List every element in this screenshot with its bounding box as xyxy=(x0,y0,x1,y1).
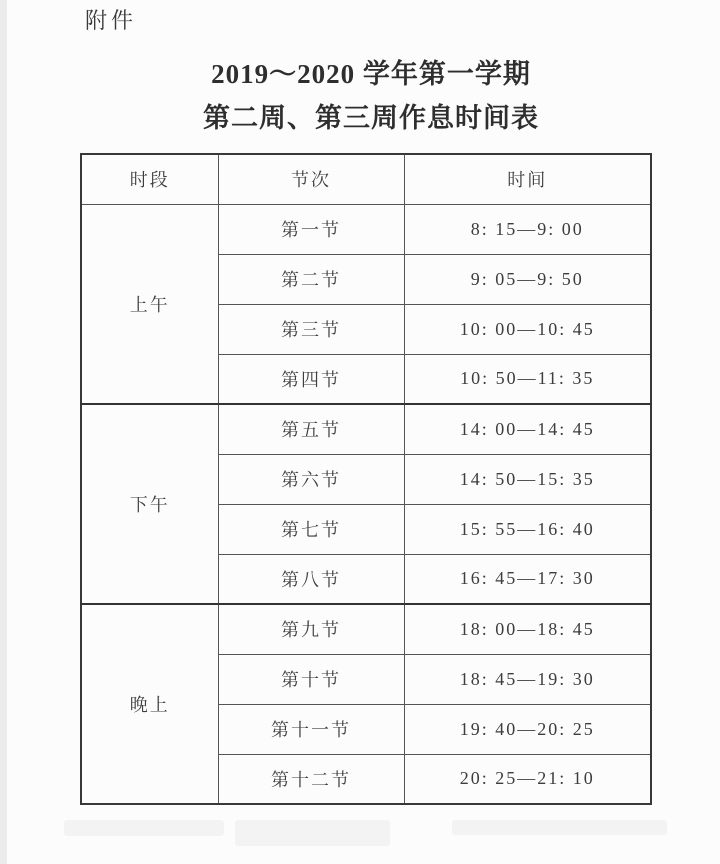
lesson-cell: 第三节 xyxy=(218,304,404,354)
time-cell: 10: 00—10: 45 xyxy=(404,304,651,354)
section-evening: 晚上 第九节 18: 00—18: 45 第十节 18: 45—19: 30 第… xyxy=(81,604,651,804)
header-row: 时段 节次 时间 xyxy=(81,154,651,204)
time-cell: 8: 15—9: 00 xyxy=(404,204,651,254)
photo-edge-shading xyxy=(0,0,7,864)
time-cell: 15: 55—16: 40 xyxy=(404,504,651,554)
attachment-label: 附件 xyxy=(85,4,137,35)
photo-smudge xyxy=(64,820,224,836)
time-cell: 18: 00—18: 45 xyxy=(404,604,651,654)
title-line-1: 2019～2020 学年第一学期 xyxy=(11,52,720,96)
title-line-2: 第二周、第三周作息时间表 xyxy=(11,96,720,140)
header-cell-time: 时间 xyxy=(404,154,651,204)
schedule-table: 时段 节次 时间 上午 第一节 8: 15—9: 00 第二节 9: 05—9:… xyxy=(80,153,652,805)
lesson-cell: 第八节 xyxy=(218,554,404,604)
header-cell-lesson: 节次 xyxy=(218,154,404,204)
time-cell: 14: 00—14: 45 xyxy=(404,404,651,454)
lesson-cell: 第十二节 xyxy=(218,754,404,804)
table-row: 上午 第一节 8: 15—9: 00 xyxy=(81,204,651,254)
lesson-cell: 第六节 xyxy=(218,454,404,504)
document-page: 附件 2019～2020 学年第一学期 第二周、第三周作息时间表 时段 节次 时… xyxy=(0,0,720,864)
lesson-cell: 第五节 xyxy=(218,404,404,454)
lesson-cell: 第九节 xyxy=(218,604,404,654)
header-cell-period: 时段 xyxy=(81,154,218,204)
time-cell: 18: 45—19: 30 xyxy=(404,654,651,704)
lesson-cell: 第四节 xyxy=(218,354,404,404)
lesson-cell: 第十节 xyxy=(218,654,404,704)
period-cell-morning: 上午 xyxy=(81,204,218,404)
lesson-cell: 第二节 xyxy=(218,254,404,304)
period-cell-afternoon: 下午 xyxy=(81,404,218,604)
time-cell: 19: 40—20: 25 xyxy=(404,704,651,754)
table-row: 晚上 第九节 18: 00—18: 45 xyxy=(81,604,651,654)
table-row: 下午 第五节 14: 00—14: 45 xyxy=(81,404,651,454)
time-cell: 16: 45—17: 30 xyxy=(404,554,651,604)
time-cell: 14: 50—15: 35 xyxy=(404,454,651,504)
section-afternoon: 下午 第五节 14: 00—14: 45 第六节 14: 50—15: 35 第… xyxy=(81,404,651,604)
schedule-table-container: 时段 节次 时间 上午 第一节 8: 15—9: 00 第二节 9: 05—9:… xyxy=(80,153,652,805)
lesson-cell: 第七节 xyxy=(218,504,404,554)
photo-smudge xyxy=(452,820,667,835)
lesson-cell: 第十一节 xyxy=(218,704,404,754)
photo-smudge xyxy=(235,820,390,846)
time-cell: 9: 05—9: 50 xyxy=(404,254,651,304)
time-cell: 10: 50—11: 35 xyxy=(404,354,651,404)
lesson-cell: 第一节 xyxy=(218,204,404,254)
table-header: 时段 节次 时间 xyxy=(81,154,651,204)
period-cell-evening: 晚上 xyxy=(81,604,218,804)
time-cell: 20: 25—21: 10 xyxy=(404,754,651,804)
section-morning: 上午 第一节 8: 15—9: 00 第二节 9: 05—9: 50 第三节 1… xyxy=(81,204,651,404)
document-title: 2019～2020 学年第一学期 第二周、第三周作息时间表 xyxy=(11,52,720,140)
